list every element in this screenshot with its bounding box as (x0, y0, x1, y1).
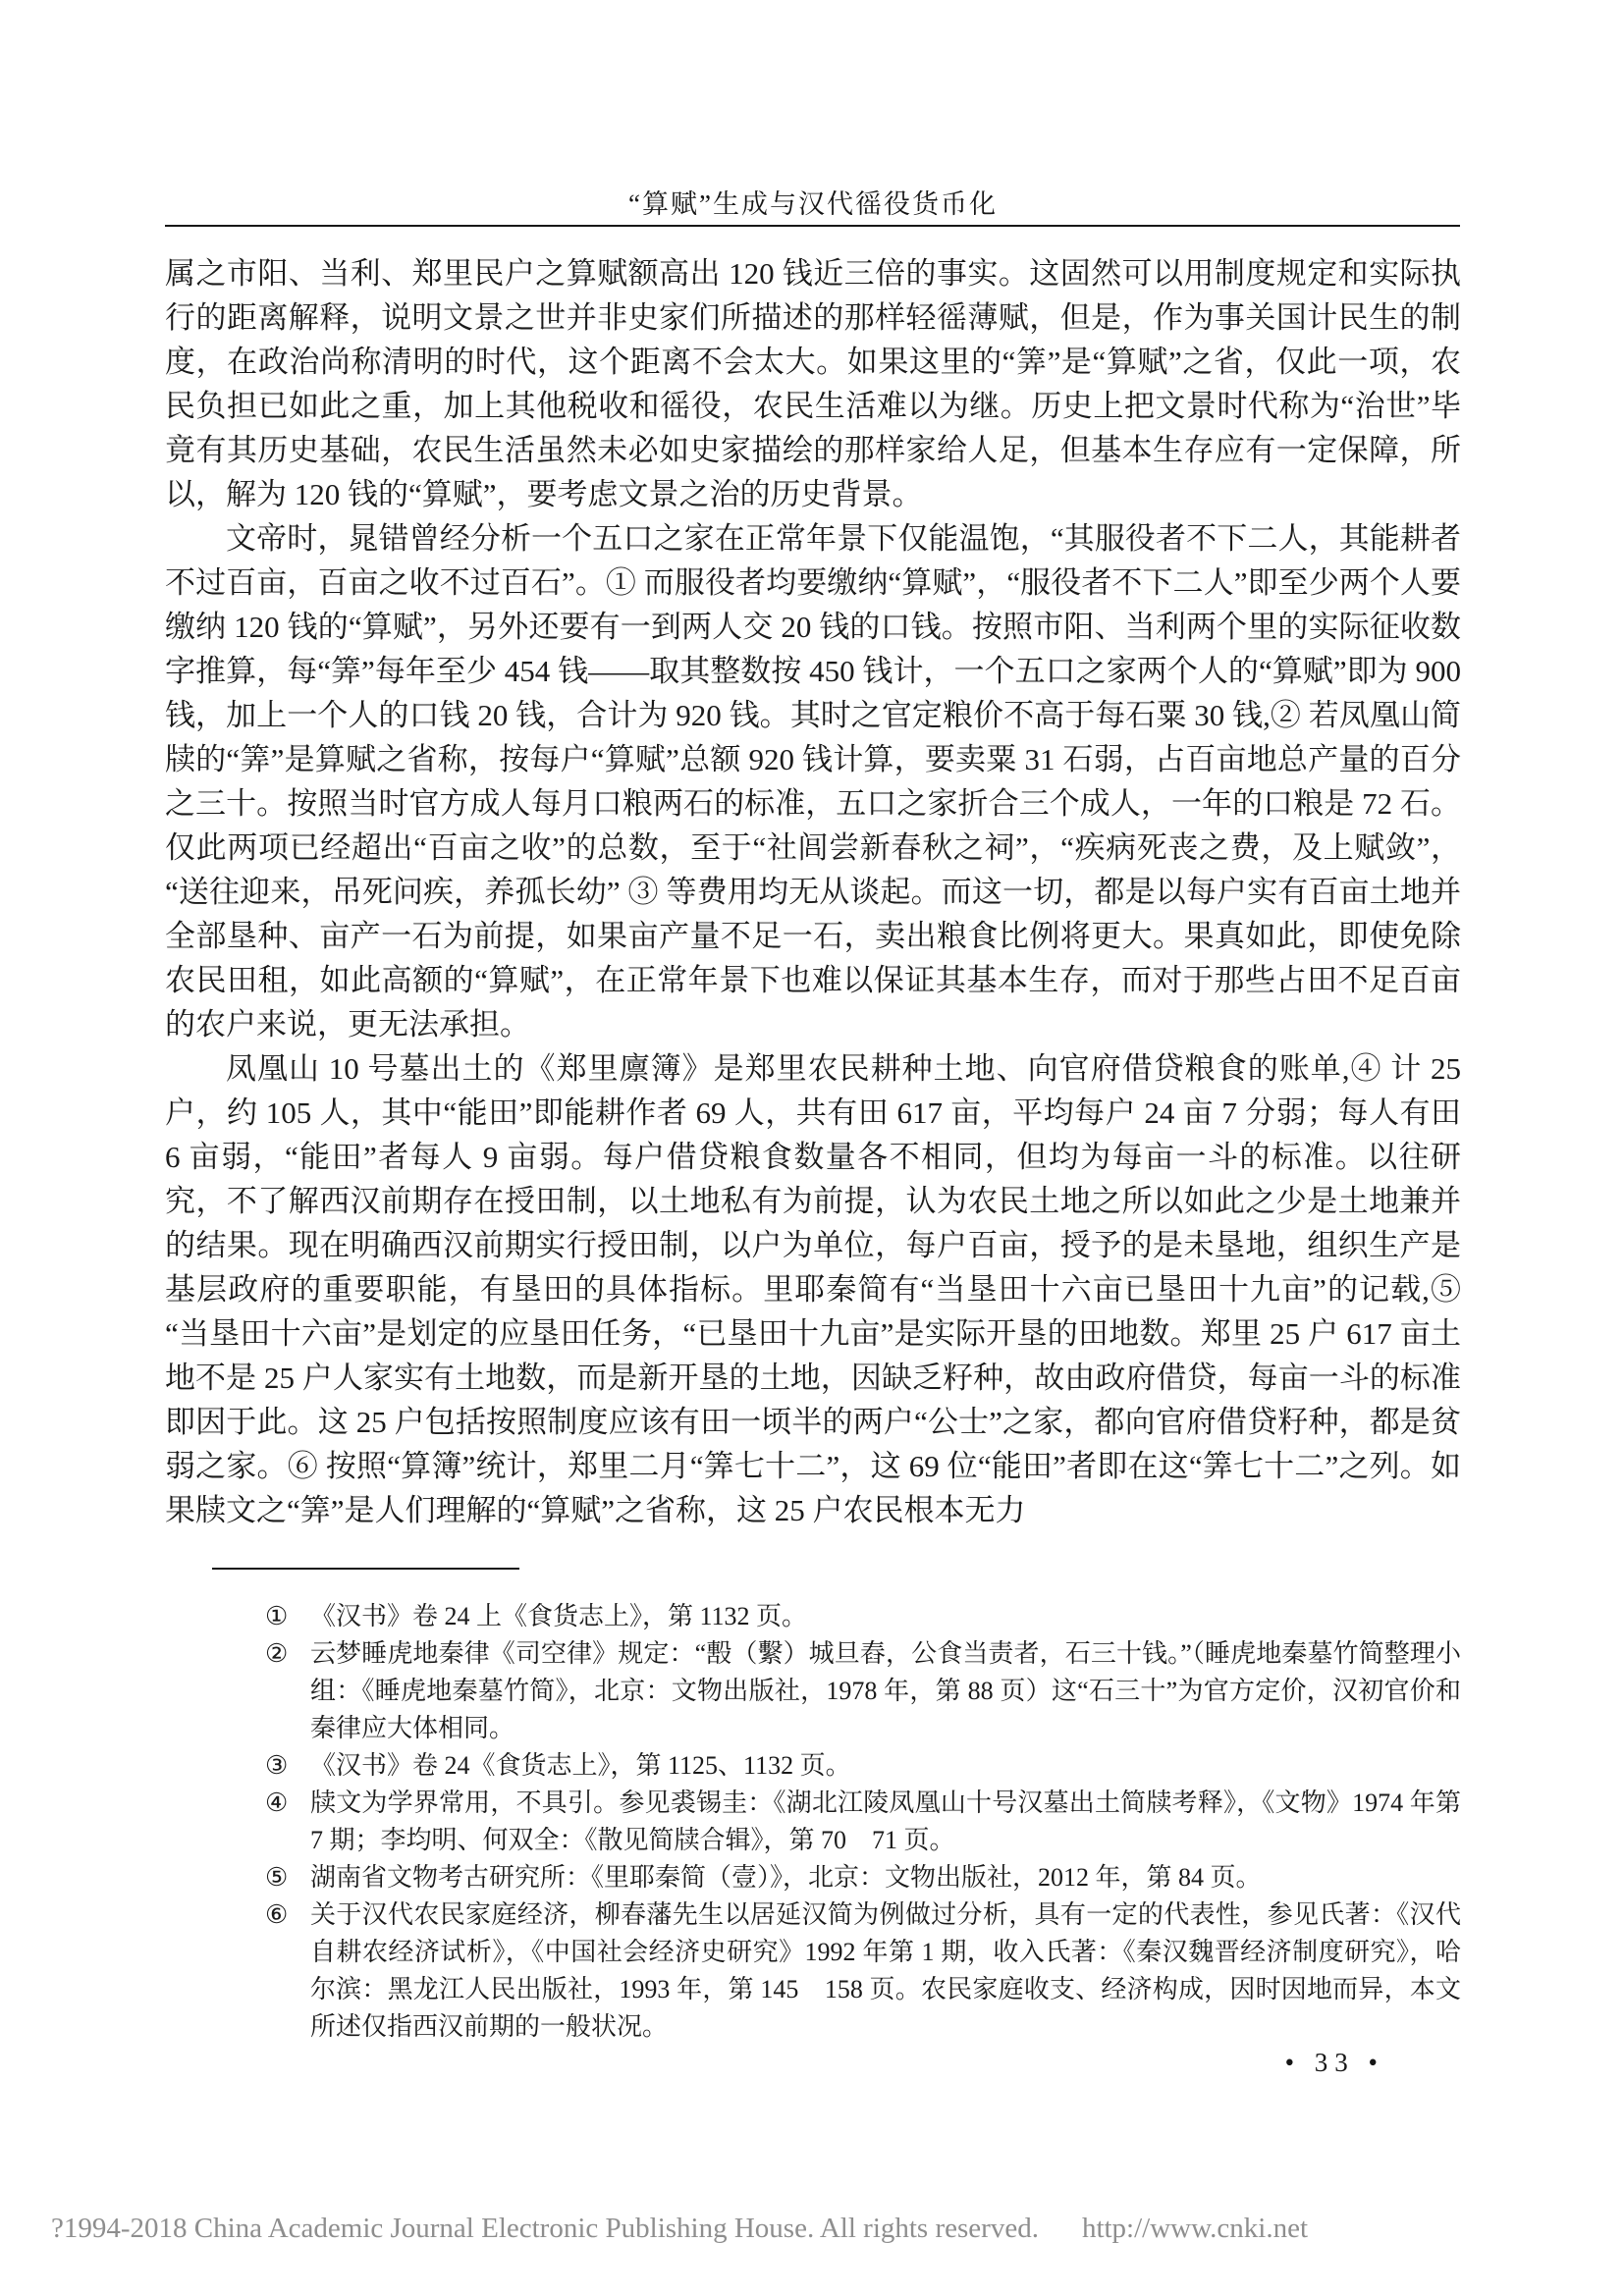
footnote-text: 《汉书》卷 24 上《食货志上》，第 1132 页。 (310, 1598, 1461, 1635)
watermark-url: http://www.cnki.net (1082, 2213, 1308, 2244)
footnote-text: 牍文为学界常用，不具引。参见裘锡圭：《湖北江陵凤凰山十号汉墓出土简牍考释》，《文… (310, 1785, 1461, 1859)
footnote-marker: ⑥ (265, 1896, 310, 2046)
footnote-item: ② 云梦睡虎地秦律《司空律》规定：“毄（繫）城旦舂，公食当责者，石三十钱。”（睡… (265, 1635, 1461, 1747)
footnote-marker: ③ (265, 1747, 310, 1785)
footnote-item: ④ 牍文为学界常用，不具引。参见裘锡圭：《湖北江陵凤凰山十号汉墓出土简牍考释》，… (265, 1785, 1461, 1859)
footnote-marker: ④ (265, 1785, 310, 1859)
footnote-item: ⑤ 湖南省文物考古研究所：《里耶秦简（壹）》，北京：文物出版社，2012 年，第… (265, 1859, 1461, 1896)
footnote-item: ① 《汉书》卷 24 上《食货志上》，第 1132 页。 (265, 1598, 1461, 1635)
footnote-text: 关于汉代农民家庭经济，柳春藩先生以居延汉简为例做过分析，具有一定的代表性，参见氏… (310, 1896, 1461, 2046)
footnote-divider (212, 1568, 519, 1570)
footnote-text: 《汉书》卷 24《食货志上》，第 1125、1132 页。 (310, 1747, 1461, 1785)
article-body: 属之市阳、当利、郑里民户之算赋额高出 120 钱近三倍的事实。这固然可以用制度规… (165, 251, 1461, 1532)
footnote-text: 云梦睡虎地秦律《司空律》规定：“毄（繫）城旦舂，公食当责者，石三十钱。”（睡虎地… (310, 1635, 1461, 1747)
body-paragraph: 凤凰山 10 号墓出土的《郑里廪簿》是郑里农民耕种土地、向官府借贷粮食的账单,④… (165, 1046, 1461, 1532)
page: “算赋”生成与汉代徭役货币化 属之市阳、当利、郑里民户之算赋额高出 120 钱近… (0, 0, 1624, 2296)
watermark-text: ?1994-2018 China Academic Journal Electr… (51, 2213, 1039, 2244)
footnote-text: 湖南省文物考古研究所：《里耶秦简（壹）》，北京：文物出版社，2012 年，第 8… (310, 1859, 1461, 1896)
footnote-marker: ⑤ (265, 1859, 310, 1896)
footnotes: ① 《汉书》卷 24 上《食货志上》，第 1132 页。 ② 云梦睡虎地秦律《司… (265, 1598, 1461, 2046)
footnote-item: ③ 《汉书》卷 24《食货志上》，第 1125、1132 页。 (265, 1747, 1461, 1785)
footnote-marker: ② (265, 1635, 310, 1747)
title-divider (165, 225, 1460, 227)
footnote-marker: ① (265, 1598, 310, 1635)
page-number: • 33 • (165, 2048, 1384, 2078)
watermark: ?1994-2018 China Academic Journal Electr… (51, 2213, 1308, 2245)
body-paragraph: 属之市阳、当利、郑里民户之算赋额高出 120 钱近三倍的事实。这固然可以用制度规… (165, 251, 1461, 516)
body-paragraph: 文帝时，晁错曾经分析一个五口之家在正常年景下仅能温饱，“其服役者不下二人，其能耕… (165, 516, 1461, 1046)
footnote-item: ⑥ 关于汉代农民家庭经济，柳春藩先生以居延汉简为例做过分析，具有一定的代表性，参… (265, 1896, 1461, 2046)
article-title: “算赋”生成与汉代徭役货币化 (165, 183, 1461, 221)
